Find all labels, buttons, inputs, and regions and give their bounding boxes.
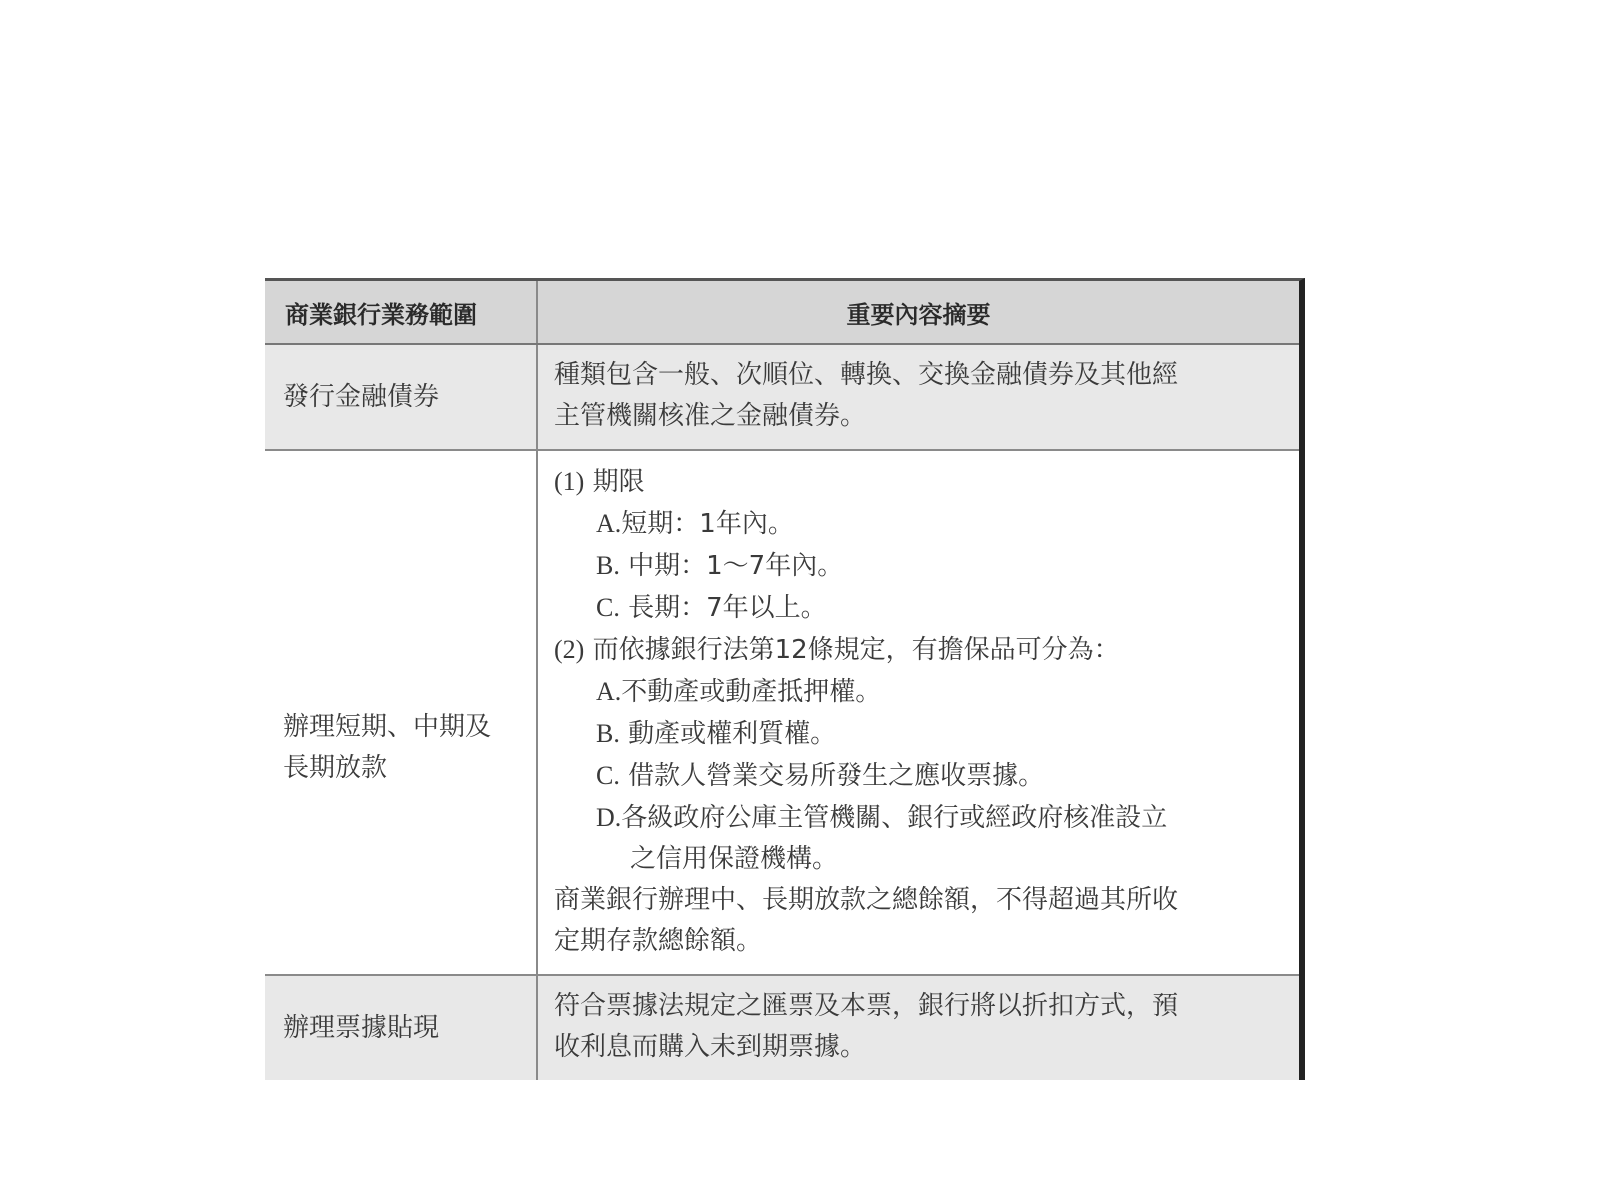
note-line: 定期存款總餘額。 <box>554 921 1281 962</box>
list-subitem: A.短期：1年內。 <box>554 503 1281 545</box>
list-subitem-continuation: 之信用保證機構。 <box>554 839 1281 880</box>
row-scope-issue-bonds: 發行金融債券 <box>265 344 537 450</box>
scope-line: 長期放款 <box>283 748 526 789</box>
header-content-summary: 重要內容摘要 <box>537 281 1299 344</box>
list-subitem: C. 長期：7年以上。 <box>554 587 1281 629</box>
list-subitem: B. 動產或權利質權。 <box>554 713 1281 755</box>
table-row: 發行金融債券 種類包含一般、次順位、轉換、交換金融債券及其他經 主管機關核准之金… <box>265 344 1299 450</box>
row-scope-loans: 辦理短期、中期及 長期放款 <box>265 450 537 975</box>
summary-line: 符合票據法規定之匯票及本票，銀行將以折扣方式，預 <box>554 986 1281 1027</box>
scope-line: 辦理短期、中期及 <box>283 707 526 748</box>
note-line: 商業銀行辦理中、長期放款之總餘額，不得超過其所收 <box>554 880 1281 921</box>
list-item-collateral: (2) 而依據銀行法第12條規定，有擔保品可分為： <box>554 629 1281 671</box>
summary-line: 主管機關核准之金融債券。 <box>554 396 1281 437</box>
list-subitem: C. 借款人營業交易所發生之應收票據。 <box>554 755 1281 797</box>
table-row: 辦理短期、中期及 長期放款 (1) 期限 A.短期：1年內。 B. 中期：1～7… <box>265 450 1299 975</box>
table-row: 辦理票據貼現 符合票據法規定之匯票及本票，銀行將以折扣方式，預 收利息而購入未到… <box>265 975 1299 1080</box>
row-scope-discounting: 辦理票據貼現 <box>265 975 537 1080</box>
row-summary-discounting: 符合票據法規定之匯票及本票，銀行將以折扣方式，預 收利息而購入未到期票據。 <box>537 975 1299 1080</box>
summary-line: 收利息而購入未到期票據。 <box>554 1027 1281 1068</box>
row-summary-issue-bonds: 種類包含一般、次順位、轉換、交換金融債券及其他經 主管機關核准之金融債券。 <box>537 344 1299 450</box>
bank-business-table: 商業銀行業務範圍 重要內容摘要 發行金融債券 種類包含一般、次順位、轉換、交換金… <box>265 281 1299 1080</box>
bank-business-table-container: 商業銀行業務範圍 重要內容摘要 發行金融債券 種類包含一般、次順位、轉換、交換金… <box>265 278 1305 1080</box>
summary-line: 種類包含一般、次順位、轉換、交換金融債券及其他經 <box>554 355 1281 396</box>
list-item-term: (1) 期限 <box>554 461 1281 503</box>
table-header-row: 商業銀行業務範圍 重要內容摘要 <box>265 281 1299 344</box>
list-subitem: B. 中期：1～7年內。 <box>554 545 1281 587</box>
list-subitem: A.不動產或動產抵押權。 <box>554 671 1281 713</box>
header-business-scope: 商業銀行業務範圍 <box>265 281 537 344</box>
row-summary-loans: (1) 期限 A.短期：1年內。 B. 中期：1～7年內。 C. 長期：7年以上… <box>537 450 1299 975</box>
list-subitem: D.各級政府公庫主管機關、銀行或經政府核准設立 <box>554 797 1281 839</box>
